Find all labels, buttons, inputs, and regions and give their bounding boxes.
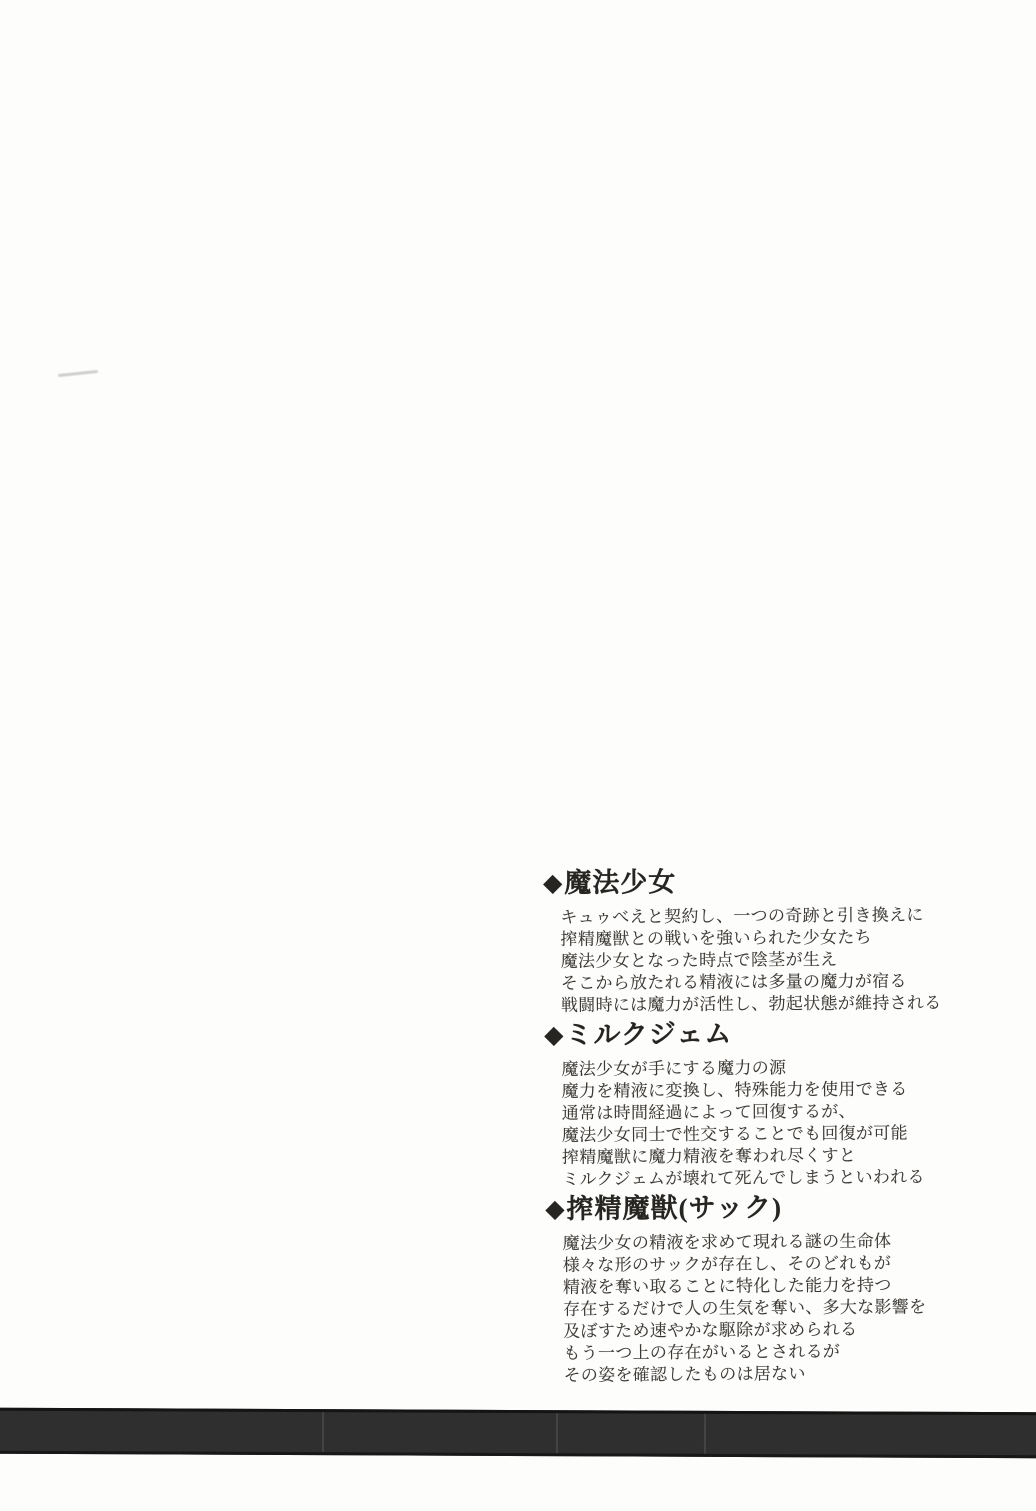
section-body: 魔法少女の精液を求めて現れる謎の生命体 様々な形のサックが存在し、そのどれもが …	[563, 1230, 977, 1387]
text-line: 搾精魔獣との戦いを強いられた少女たち	[560, 926, 973, 951]
bar-seam-line	[322, 1412, 324, 1452]
section-title: ◆魔法少女	[543, 865, 973, 900]
text-line: 魔法少女が手にする魔力の源	[561, 1056, 974, 1081]
text-line: ミルクジェムが壊れて死んでしまうといわれる	[562, 1166, 975, 1191]
text-line: 通常は時間経過によって回復するが、	[562, 1100, 975, 1125]
section-title-text: 魔法少女	[564, 867, 676, 898]
text-line: 魔力を精液に変換し、特殊能力を使用できる	[561, 1078, 974, 1103]
glossary-section-sakusei-majuu: ◆搾精魔獣(サック) 魔法少女の精液を求めて現れる謎の生命体 様々な形のサックが…	[545, 1191, 976, 1387]
text-line: 魔法少女となった時点で陰茎が生え	[561, 948, 974, 973]
bar-seam-line	[556, 1413, 558, 1453]
text-line: 魔法少女の精液を求めて現れる謎の生命体	[563, 1230, 976, 1255]
section-title: ◆搾精魔獣(サック)	[545, 1191, 975, 1226]
footer-black-bar	[0, 1408, 1036, 1459]
diamond-bullet-icon: ◆	[544, 1021, 564, 1051]
text-line: 様々な形のサックが存在し、そのどれもが	[563, 1252, 976, 1277]
text-line: 魔法少女同士で性交することでも回復が可能	[562, 1122, 975, 1147]
text-line: 精液を奪い取ることに特化した能力を持つ	[563, 1274, 976, 1299]
bar-seam-line	[704, 1414, 706, 1454]
text-line: 及ぼすため速やかな駆除が求められる	[563, 1318, 976, 1343]
text-line: その姿を確認したものは居ない	[563, 1362, 976, 1387]
text-line: もう一つ上の存在がいるとされるが	[563, 1340, 976, 1365]
section-body: キュゥべえと契約し、一つの奇跡と引き換えに 搾精魔獣との戦いを強いられた少女たち…	[560, 904, 974, 1017]
diamond-bullet-icon: ◆	[545, 1195, 565, 1225]
glossary-block: ◆魔法少女 キュゥべえと契約し、一つの奇跡と引き換えに 搾精魔獣との戦いを強いら…	[543, 865, 977, 1390]
section-body: 魔法少女が手にする魔力の源 魔力を精液に変換し、特殊能力を使用できる 通常は時間…	[561, 1056, 975, 1191]
glossary-section-mahou-shoujo: ◆魔法少女 キュゥべえと契約し、一つの奇跡と引き換えに 搾精魔獣との戦いを強いら…	[543, 865, 974, 1017]
text-line: キュゥべえと契約し、一つの奇跡と引き換えに	[560, 904, 973, 929]
text-line: 搾精魔獣に魔力精液を奪われ尽くすと	[562, 1144, 975, 1169]
pencil-smudge-mark	[58, 370, 98, 377]
section-title: ◆ミルクジェム	[544, 1017, 974, 1052]
section-title-text: ミルクジェム	[565, 1019, 732, 1050]
text-line: 存在するだけで人の生気を奪い、多大な影響を	[563, 1296, 976, 1321]
glossary-section-milk-gem: ◆ミルクジェム 魔法少女が手にする魔力の源 魔力を精液に変換し、特殊能力を使用で…	[544, 1017, 975, 1191]
section-title-text: 搾精魔獣(サック)	[567, 1192, 783, 1224]
text-line: そこから放たれる精液には多量の魔力が宿る	[561, 970, 974, 995]
diamond-bullet-icon: ◆	[543, 869, 563, 899]
text-line: 戦闘時には魔力が活性し、勃起状態が維持される	[561, 992, 974, 1017]
scanned-page: ◆魔法少女 キュゥべえと契約し、一つの奇跡と引き換えに 搾精魔獣との戦いを強いら…	[0, 0, 1036, 1511]
